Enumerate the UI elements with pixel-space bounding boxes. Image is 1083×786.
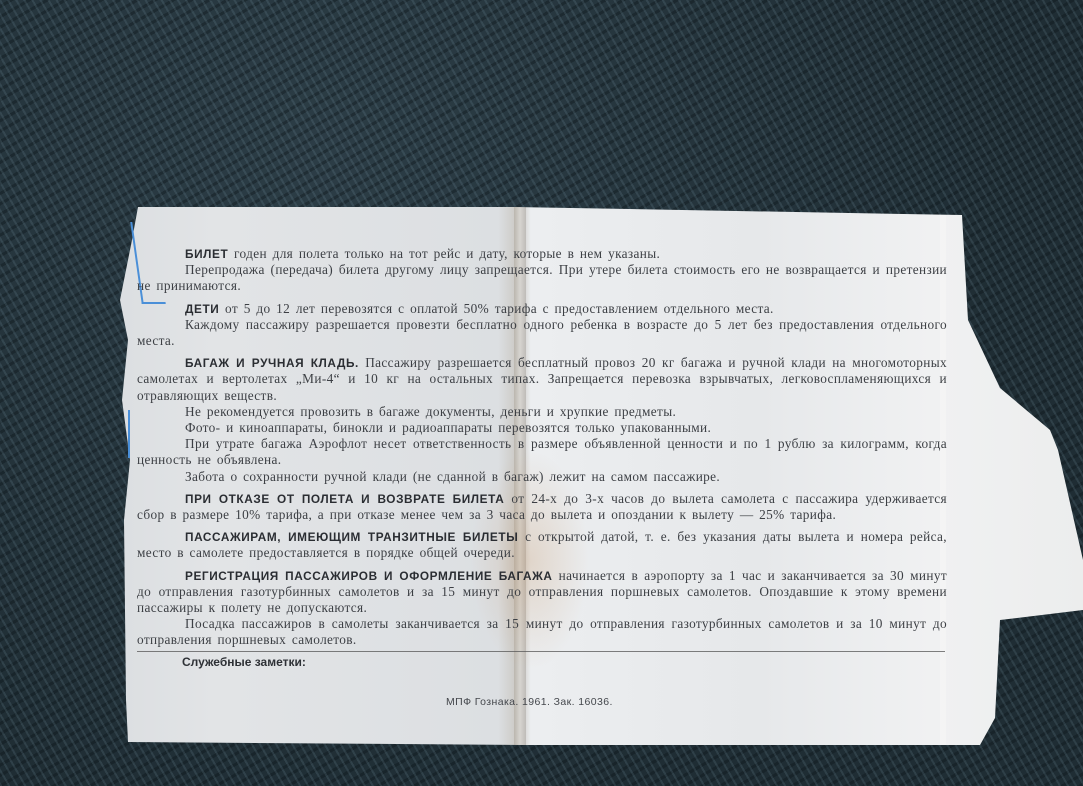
paragraph-boarding: Посадка пассажиров в самолеты заканчивае… [137, 616, 947, 648]
heading: ПАССАЖИРАМ, ИМЕЮЩИМ ТРАНЗИТНЫЕ БИЛЕТЫ [185, 530, 518, 544]
paragraph-text: Забота о сохранности ручной клади (не сд… [185, 469, 720, 484]
paragraph-baggage: БАГАЖ И РУЧНАЯ КЛАДЬ. Пассажиру разрешае… [137, 355, 947, 404]
heading: ДЕТИ [185, 302, 219, 316]
paragraph-transit: ПАССАЖИРАМ, ИМЕЮЩИМ ТРАНЗИТНЫЕ БИЛЕТЫ с … [137, 529, 947, 561]
paragraph-refund: ПРИ ОТКАЗЕ ОТ ПОЛЕТА И ВОЗВРАТЕ БИЛЕТА о… [137, 491, 947, 523]
paragraph-valuables: Не рекомендуется провозить в багаже доку… [137, 404, 947, 420]
paragraph-text: Посадка пассажиров в самолеты заканчивае… [137, 616, 947, 647]
service-notes-label: Служебные заметки: [182, 655, 306, 669]
paragraph-text: годен для полета только на тот рейс и да… [228, 246, 660, 261]
paragraph-liability: При утрате багажа Аэрофлот несет ответст… [137, 436, 947, 468]
paragraph-resale: Перепродажа (передача) билета другому ли… [137, 262, 947, 294]
paragraph-text: Перепродажа (передача) билета другому ли… [137, 262, 947, 293]
paragraph-text: Фото- и киноаппараты, бинокли и радиоапп… [185, 420, 711, 435]
heading: БАГАЖ И РУЧНАЯ КЛАДЬ. [185, 356, 359, 370]
heading: БИЛЕТ [185, 247, 228, 261]
heading: РЕГИСТРАЦИЯ ПАССАЖИРОВ И ОФОРМЛЕНИЕ БАГА… [185, 569, 553, 583]
divider-line [137, 651, 945, 652]
paragraph-children: ДЕТИ от 5 до 12 лет перевозятся с оплато… [137, 301, 947, 317]
heading: ПРИ ОТКАЗЕ ОТ ПОЛЕТА И ВОЗВРАТЕ БИЛЕТА [185, 492, 504, 506]
paragraph-text: от 5 до 12 лет перевозятся с оплатой 50%… [219, 301, 773, 316]
paragraph-registration: РЕГИСТРАЦИЯ ПАССАЖИРОВ И ОФОРМЛЕНИЕ БАГА… [137, 568, 947, 617]
printer-imprint: МПФ Гознака. 1961. Зак. 16036. [446, 696, 613, 708]
paragraph-infant: Каждому пассажиру разрешается провезти б… [137, 317, 947, 349]
paragraph-text: Каждому пассажиру разрешается провезти б… [137, 317, 947, 348]
paragraph-text: Не рекомендуется провозить в багаже доку… [185, 404, 676, 419]
paragraph-text: При утрате багажа Аэрофлот несет ответст… [137, 436, 947, 467]
paragraph-cameras: Фото- и киноаппараты, бинокли и радиоапп… [137, 420, 947, 436]
paragraph-hand-luggage: Забота о сохранности ручной клади (не сд… [137, 469, 947, 485]
ticket-conditions-text: БИЛЕТ годен для полета только на тот рей… [137, 246, 947, 649]
paragraph-ticket-validity: БИЛЕТ годен для полета только на тот рей… [137, 246, 947, 262]
blue-pen-mark-lower [128, 410, 134, 458]
